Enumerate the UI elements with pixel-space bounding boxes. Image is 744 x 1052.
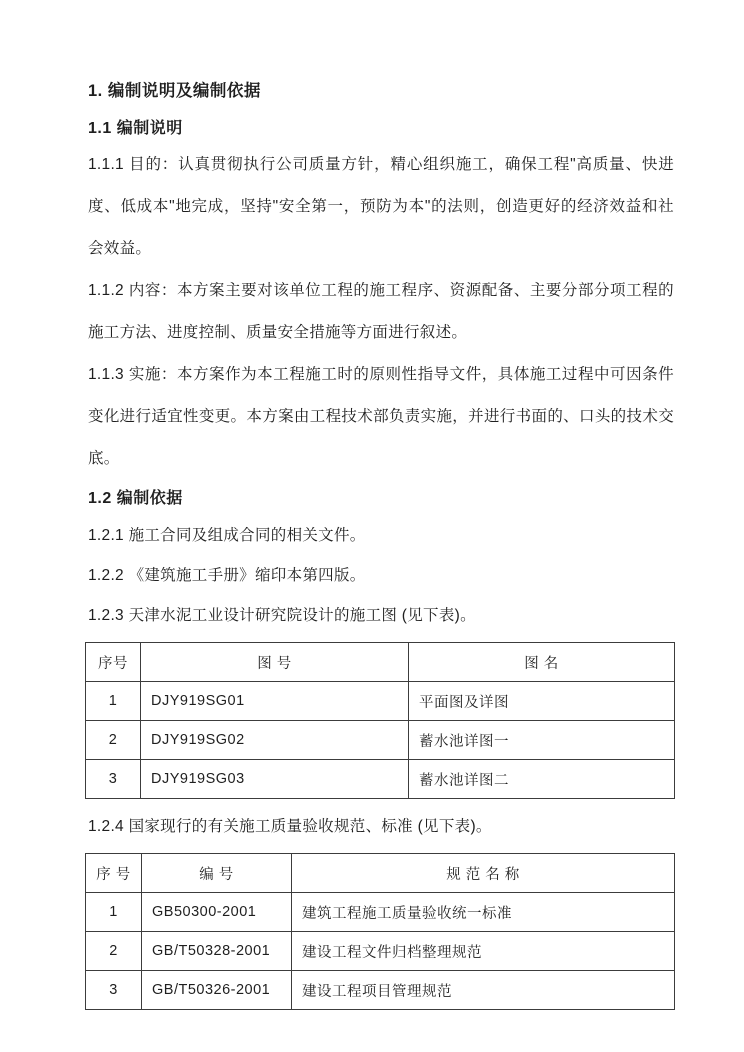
standards-row-no: 2: [86, 932, 142, 971]
table-row: 1 DJY919SG01 平面图及详图: [86, 682, 675, 721]
standards-table-header-row: 序 号 编 号 规 范 名 称: [86, 854, 675, 893]
section-1-1-heading: 1.1 编制说明: [88, 118, 674, 140]
table-row: 1 GB50300-2001 建筑工程施工质量验收统一标准: [86, 893, 675, 932]
table-row: 2 GB/T50328-2001 建设工程文件归档整理规范: [86, 932, 675, 971]
drawings-row-drawing-name: 平面图及详图: [409, 682, 675, 721]
drawings-row-drawing-no: DJY919SG03: [141, 760, 409, 799]
drawings-header-drawing-no: 图 号: [141, 643, 409, 682]
standards-header-code-no: 编 号: [142, 854, 292, 893]
standards-row-no: 3: [86, 971, 142, 1010]
chapter-heading: 1. 编制说明及编制依据: [88, 80, 674, 102]
item-1-2-4-standards: 1.2.4 国家现行的有关施工质量验收规范、标准 (见下表)。: [88, 807, 674, 847]
standards-row-code-no: GB/T50326-2001: [142, 971, 292, 1010]
standards-row-standard-name: 建设工程项目管理规范: [292, 971, 675, 1010]
section-1-2-heading: 1.2 编制依据: [88, 488, 674, 510]
standards-header-standard-name: 规 范 名 称: [292, 854, 675, 893]
item-1-2-3-drawings: 1.2.3 天津水泥工业设计研究院设计的施工图 (见下表)。: [88, 596, 674, 636]
table-row: 3 DJY919SG03 蓄水池详图二: [86, 760, 675, 799]
drawings-header-no: 序号: [86, 643, 141, 682]
drawings-row-no: 3: [86, 760, 141, 799]
drawings-row-drawing-name: 蓄水池详图二: [409, 760, 675, 799]
standards-row-code-no: GB50300-2001: [142, 893, 292, 932]
document-content: 1. 编制说明及编制依据 1.1 编制说明 1.1.1 目的：认真贯彻执行公司质…: [88, 80, 674, 1010]
table-row: 3 GB/T50326-2001 建设工程项目管理规范: [86, 971, 675, 1010]
standards-row-no: 1: [86, 893, 142, 932]
paragraph-1-1-3-implementation: 1.1.3 实施：本方案作为本工程施工时的原则性指导文件，具体施工过程中可因条件…: [88, 354, 674, 480]
drawings-row-drawing-no: DJY919SG02: [141, 721, 409, 760]
paragraph-1-1-2-content: 1.1.2 内容：本方案主要对该单位工程的施工程序、资源配备、主要分部分项工程的…: [88, 270, 674, 354]
item-1-2-1-contract: 1.2.1 施工合同及组成合同的相关文件。: [88, 516, 674, 556]
standards-row-standard-name: 建设工程文件归档整理规范: [292, 932, 675, 971]
table-row: 2 DJY919SG02 蓄水池详图一: [86, 721, 675, 760]
drawings-row-drawing-no: DJY919SG01: [141, 682, 409, 721]
standards-row-standard-name: 建筑工程施工质量验收统一标准: [292, 893, 675, 932]
standards-table: 序 号 编 号 规 范 名 称 1 GB50300-2001 建筑工程施工质量验…: [85, 853, 675, 1010]
drawings-table: 序号 图 号 图 名 1 DJY919SG01 平面图及详图 2 DJY919S…: [85, 642, 675, 799]
drawings-header-drawing-name: 图 名: [409, 643, 675, 682]
drawings-row-drawing-name: 蓄水池详图一: [409, 721, 675, 760]
standards-row-code-no: GB/T50328-2001: [142, 932, 292, 971]
paragraph-1-1-1-purpose: 1.1.1 目的：认真贯彻执行公司质量方针，精心组织施工，确保工程"高质量、快进…: [88, 144, 674, 270]
drawings-table-header-row: 序号 图 号 图 名: [86, 643, 675, 682]
standards-header-no: 序 号: [86, 854, 142, 893]
drawings-row-no: 2: [86, 721, 141, 760]
drawings-row-no: 1: [86, 682, 141, 721]
document-page: 1. 编制说明及编制依据 1.1 编制说明 1.1.1 目的：认真贯彻执行公司质…: [0, 0, 744, 1052]
item-1-2-2-handbook: 1.2.2 《建筑施工手册》缩印本第四版。: [88, 556, 674, 596]
